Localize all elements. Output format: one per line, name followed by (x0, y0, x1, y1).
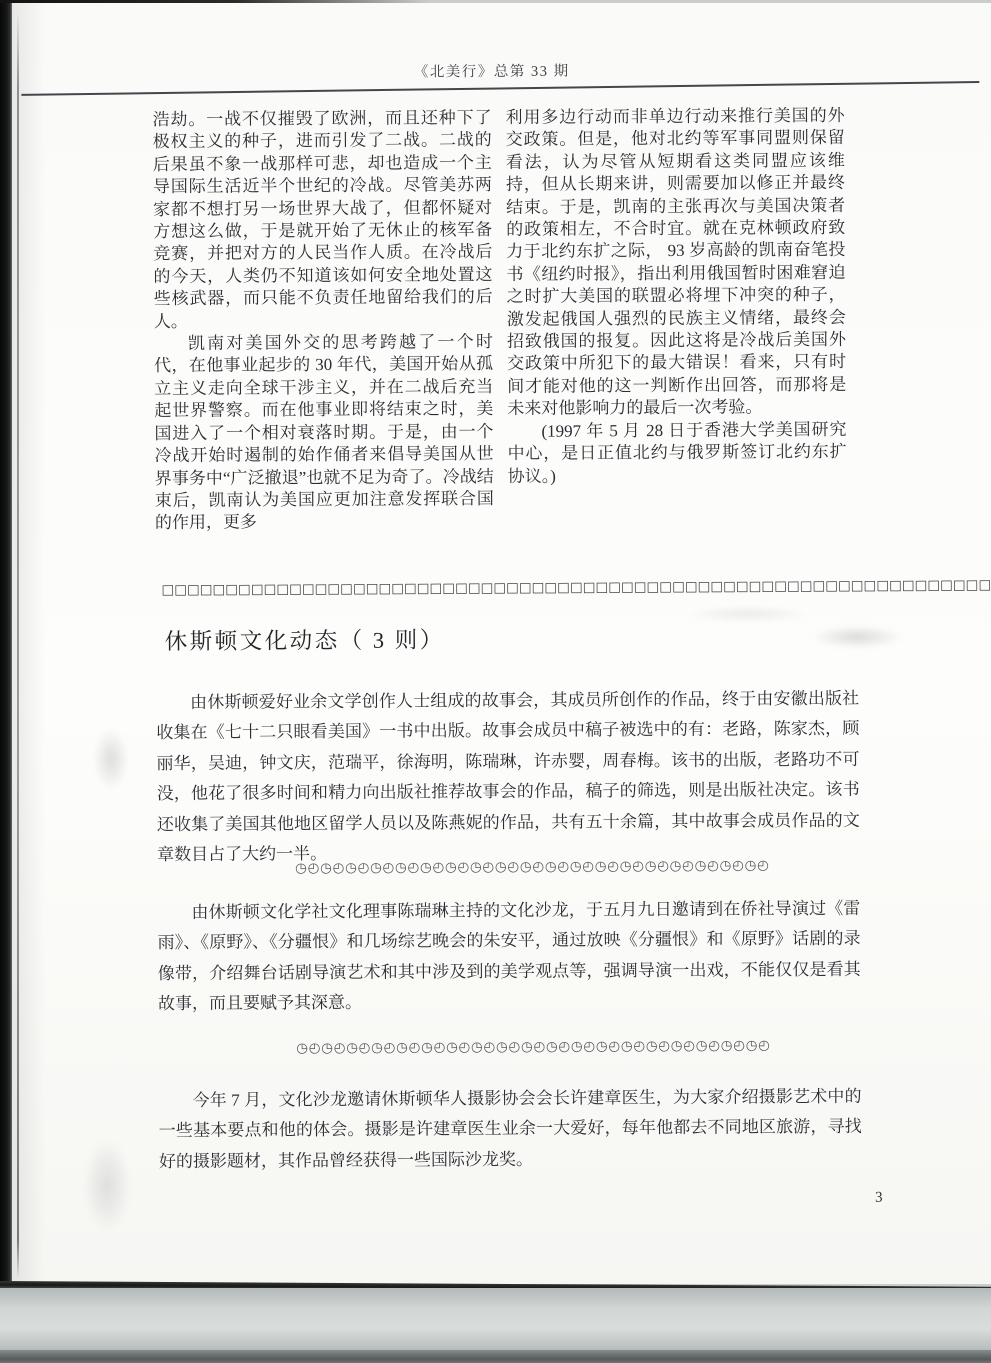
box-divider-glyph: □ (953, 577, 966, 593)
box-divider-glyph: □ (468, 580, 481, 596)
clock-divider-glyph: ◷ (646, 1038, 658, 1054)
clock-divider-glyph: ◷ (521, 1039, 533, 1055)
clock-divider-glyph: ◷ (396, 1040, 408, 1056)
box-divider-glyph: □ (161, 582, 174, 598)
clock-divider-glyph: ◷ (670, 858, 682, 874)
clock-divider-glyph: ◴ (507, 859, 519, 875)
clock-divider-glyph: ◴ (308, 860, 320, 876)
box-divider-glyph: □ (315, 581, 328, 597)
box-divider-glyph: □ (915, 577, 928, 593)
box-divider-glyph: □ (621, 579, 634, 595)
box-divider-glyph: □ (212, 582, 225, 598)
clock-divider-glyph: ◷ (696, 1038, 708, 1054)
box-divider-glyph: □ (506, 580, 519, 596)
box-divider-glyph: □ (340, 581, 353, 597)
article-columns: 浩劫。一战不仅摧毁了欧洲，而且还种下了极权主义的种子，进而引发了二战。二战的后果… (152, 105, 847, 535)
clock-divider-glyph: ◴ (384, 1040, 396, 1056)
box-divider-glyph: □ (978, 577, 991, 593)
clock-divider-glyph: ◷ (520, 859, 532, 875)
clock-separator-row: ◷◴◷◴◷◴◷◴◷◴◷◴◷◴◷◴◷◴◷◴◷◴◷◴◷◴◷◴◷◴◷◴◷◴◷◴◷◴ (295, 857, 769, 876)
box-divider-glyph: □ (698, 579, 711, 595)
article-paragraph: 浩劫。一战不仅摧毁了欧洲，而且还种下了极权主义的种子，进而引发了二战。二战的后果… (152, 107, 492, 333)
clock-divider-glyph: ◴ (633, 1038, 645, 1054)
clock-divider-glyph: ◴ (508, 1039, 520, 1055)
scanner-bottom-shadow (0, 1350, 991, 1363)
clock-divider-glyph: ◷ (371, 1040, 383, 1056)
clock-divider-glyph: ◷ (470, 859, 482, 875)
clock-divider-glyph: ◴ (333, 860, 345, 876)
page-number: 3 (875, 1190, 883, 1207)
box-divider-glyph: □ (927, 577, 940, 593)
clock-divider-glyph: ◴ (458, 1039, 470, 1055)
clock-divider-glyph: ◷ (420, 859, 432, 875)
scan-top-edge (0, 0, 430, 3)
box-divider-glyph: □ (851, 578, 864, 594)
clock-divider-glyph: ◷ (295, 860, 307, 876)
clock-divider-glyph: ◷ (596, 1038, 608, 1054)
box-divider-glyph: □ (736, 578, 749, 594)
box-divider-glyph: □ (608, 579, 621, 595)
clock-divider-glyph: ◴ (582, 858, 594, 874)
clock-divider-glyph: ◴ (583, 1038, 595, 1054)
article-paragraph: (1997 年 5 月 28 日于香港大学美国研究中心，是日正值北约与俄罗斯签订… (507, 419, 846, 488)
clock-divider-glyph: ◷ (446, 1039, 458, 1055)
clock-divider-glyph: ◴ (457, 859, 469, 875)
clock-divider-glyph: ◷ (745, 857, 757, 873)
clock-divider-glyph: ◴ (733, 1037, 745, 1053)
clock-divider-glyph: ◷ (321, 1040, 333, 1056)
box-divider-glyph: □ (838, 578, 851, 594)
section-paragraph-3: 今年 7 月，文化沙龙邀请休斯顿华人摄影协会会长许建章医生，为大家介绍摄影艺术中… (158, 1082, 862, 1178)
box-divider-glyph: □ (761, 578, 774, 594)
box-divider-glyph: □ (672, 579, 685, 595)
box-divider-glyph: □ (749, 578, 762, 594)
clock-divider-glyph: ◷ (471, 1039, 483, 1055)
clock-divider-glyph: ◴ (533, 1039, 545, 1055)
clock-divider-glyph: ◷ (370, 860, 382, 876)
box-divider-glyph: □ (251, 581, 264, 597)
clock-divider-glyph: ◴ (483, 1039, 495, 1055)
clock-divider-glyph: ◷ (671, 1038, 683, 1054)
journal-header-title: 《北美行》总第 33 期 (0, 57, 987, 84)
clock-divider-glyph: ◴ (707, 858, 719, 874)
clock-divider-glyph: ◴ (309, 1040, 321, 1056)
box-divider-glyph: □ (583, 579, 596, 595)
clock-divider-glyph: ◷ (495, 859, 507, 875)
box-divider-glyph: □ (966, 577, 979, 593)
box-divider-glyph: □ (429, 580, 442, 596)
box-divider-glyph: □ (519, 580, 532, 596)
box-divider-glyph: □ (174, 582, 187, 598)
box-divider-glyph: □ (544, 580, 557, 596)
box-divider-glyph: □ (812, 578, 825, 594)
clock-divider-glyph: ◷ (320, 860, 332, 876)
box-divider-glyph: □ (493, 580, 506, 596)
article-paragraph: 凯南对美国外交的思考跨越了一个时代，在他事业起步的 30 年代，美国开始从孤立主… (154, 331, 494, 535)
clock-divider-glyph: ◴ (532, 859, 544, 875)
clock-divider-glyph: ◴ (683, 1038, 695, 1054)
box-divider-glyph: □ (481, 580, 494, 596)
section-title: 休斯顿文化动态（ 3 则） (165, 622, 445, 656)
clock-separator-row: ◷◴◷◴◷◴◷◴◷◴◷◴◷◴◷◴◷◴◷◴◷◴◷◴◷◴◷◴◷◴◷◴◷◴◷◴◷◴ (296, 1037, 770, 1056)
clock-divider-glyph: ◴ (358, 860, 370, 876)
clock-divider-glyph: ◴ (407, 859, 419, 875)
box-divider-glyph: □ (659, 579, 672, 595)
box-divider-glyph: □ (595, 579, 608, 595)
section-paragraph-1: 由休斯顿爱好业余文学创作人士组成的故事会，其成员所创作的作品，终于由安徽出版社收… (156, 684, 860, 871)
clock-divider-glyph: ◴ (632, 858, 644, 874)
spine-line (17, 12, 19, 1278)
box-divider-glyph: □ (723, 579, 736, 595)
clock-divider-glyph: ◷ (395, 860, 407, 876)
clock-divider-glyph: ◴ (682, 858, 694, 874)
box-divider-glyph: □ (570, 579, 583, 595)
clock-divider-glyph: ◴ (334, 1040, 346, 1056)
clock-divider-glyph: ◷ (445, 859, 457, 875)
box-divider-glyph: □ (353, 581, 366, 597)
box-divider-glyph: □ (187, 582, 200, 598)
box-divider-glyph: □ (787, 578, 800, 594)
box-divider-glyph: □ (825, 578, 838, 594)
box-divider-glyph: □ (225, 582, 238, 598)
box-divider-glyph: □ (442, 580, 455, 596)
clock-divider-glyph: ◴ (482, 859, 494, 875)
clock-divider-glyph: ◷ (621, 1038, 633, 1054)
box-divider-glyph: □ (940, 577, 953, 593)
clock-divider-glyph: ◴ (608, 1038, 620, 1054)
clock-divider-glyph: ◷ (721, 1038, 733, 1054)
page-content: 《北美行》总第 33 期 浩劫。一战不仅摧毁了欧洲，而且还种下了极权主义的种子，… (0, 0, 991, 1363)
box-divider-glyph: □ (532, 580, 545, 596)
clock-divider-glyph: ◷ (720, 858, 732, 874)
clock-divider-glyph: ◴ (758, 1037, 770, 1053)
clock-divider-glyph: ◷ (620, 858, 632, 874)
box-divider-glyph: □ (302, 581, 315, 597)
clock-divider-glyph: ◴ (432, 859, 444, 875)
clock-divider-glyph: ◴ (409, 1039, 421, 1055)
clock-divider-glyph: ◷ (296, 1040, 308, 1056)
box-divider-glyph: □ (646, 579, 659, 595)
article-column-left: 浩劫。一战不仅摧毁了欧洲，而且还种下了极权主义的种子，进而引发了二战。二战的后果… (152, 107, 494, 535)
box-divider-glyph: □ (200, 582, 213, 598)
box-divider-glyph: □ (685, 579, 698, 595)
clock-divider-glyph: ◷ (645, 858, 657, 874)
box-divider-glyph: □ (455, 580, 468, 596)
clock-divider-glyph: ◴ (434, 1039, 446, 1055)
clock-divider-glyph: ◷ (746, 1037, 758, 1053)
clock-divider-glyph: ◷ (595, 858, 607, 874)
box-divider-glyph: □ (366, 581, 379, 597)
clock-divider-glyph: ◴ (607, 858, 619, 874)
article-paragraph: 利用多边行动而非单边行动来推行美国的外交政策。但是，他对北约等军事同盟则保留看法… (505, 105, 846, 421)
box-divider-glyph: □ (404, 580, 417, 596)
header-rule-line (21, 81, 979, 96)
clock-divider-glyph: ◴ (657, 858, 669, 874)
clock-divider-glyph: ◷ (345, 860, 357, 876)
box-divider-glyph: □ (289, 581, 302, 597)
clock-divider-glyph: ◷ (545, 859, 557, 875)
clock-divider-glyph: ◴ (732, 857, 744, 873)
article-column-right: 利用多边行动而非单边行动来推行美国的外交政策。但是，他对北约等军事同盟则保留看法… (505, 105, 847, 533)
box-divider-glyph: □ (417, 580, 430, 596)
box-divider-glyph: □ (876, 578, 889, 594)
box-divider-glyph: □ (557, 580, 570, 596)
clock-divider-glyph: ◴ (558, 1039, 570, 1055)
clock-divider-glyph: ◴ (557, 859, 569, 875)
box-divider-glyph: □ (378, 581, 391, 597)
clock-divider-glyph: ◷ (695, 858, 707, 874)
box-divider-glyph: □ (634, 579, 647, 595)
scan-binding-strip (0, 0, 12, 1363)
box-divider-glyph: □ (774, 578, 787, 594)
clock-divider-glyph: ◴ (757, 857, 769, 873)
section-paragraph-2: 由休斯顿文化学社文化理事陈瑞琳主持的文化沙龙，于五月九日邀请到在侨社导演过《雷雨… (157, 894, 861, 1020)
box-divider-glyph: □ (710, 579, 723, 595)
box-separator-row: □□□□□□□□□□□□□□□□□□□□□□□□□□□□□□□□□□□□□□□□… (161, 578, 858, 598)
clock-divider-glyph: ◴ (359, 1040, 371, 1056)
box-divider-glyph: □ (391, 581, 404, 597)
box-divider-glyph: □ (238, 581, 251, 597)
box-divider-glyph: □ (863, 578, 876, 594)
clock-divider-glyph: ◴ (658, 1038, 670, 1054)
clock-divider-glyph: ◴ (708, 1038, 720, 1054)
clock-divider-glyph: ◷ (496, 1039, 508, 1055)
clock-divider-glyph: ◷ (346, 1040, 358, 1056)
box-divider-glyph: □ (264, 581, 277, 597)
clock-divider-glyph: ◷ (421, 1039, 433, 1055)
clock-divider-glyph: ◷ (570, 858, 582, 874)
clock-divider-glyph: ◷ (546, 1039, 558, 1055)
box-divider-glyph: □ (902, 577, 915, 593)
box-divider-glyph: □ (327, 581, 340, 597)
box-divider-glyph: □ (276, 581, 289, 597)
box-divider-glyph: □ (889, 578, 902, 594)
scanned-document-page: 《北美行》总第 33 期 浩劫。一战不仅摧毁了欧洲，而且还种下了极权主义的种子，… (0, 0, 991, 1363)
clock-divider-glyph: ◴ (382, 860, 394, 876)
clock-divider-glyph: ◷ (571, 1038, 583, 1054)
box-divider-glyph: □ (800, 578, 813, 594)
